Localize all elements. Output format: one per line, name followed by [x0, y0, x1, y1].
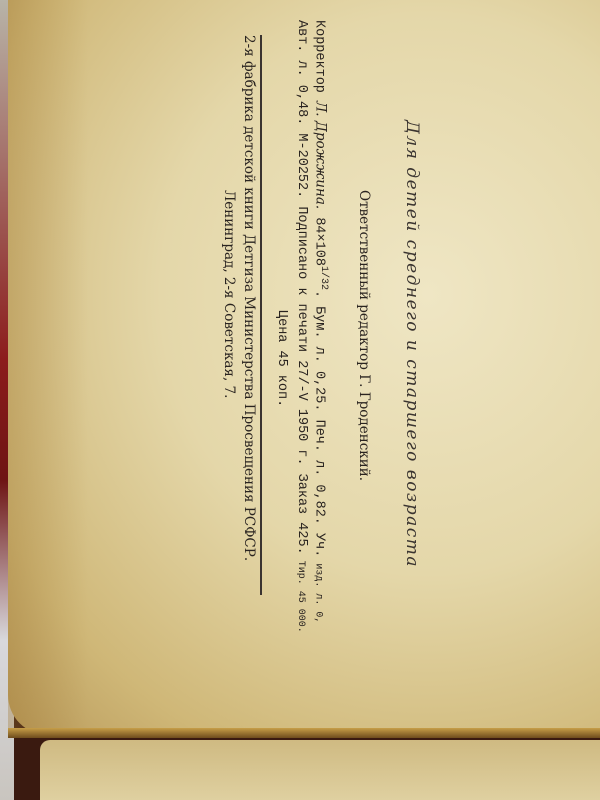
print-run: Тир. 45 000.	[295, 555, 306, 633]
price: Цена 45 коп.	[274, 310, 289, 407]
format: 84×108	[312, 209, 327, 266]
divider-rule	[261, 35, 263, 595]
rotated-text-block: Для детей среднего и старшего возраста О…	[0, 0, 600, 800]
imprint-line-1: Корректор Л. Дрожжина. 84×1081/32. Бум. …	[312, 20, 330, 623]
signing-info: Авт. л. 0,48. М-20252. Подписано к печат…	[294, 20, 309, 555]
responsible-editor: Ответственный редактор Г. Гроденский.	[356, 190, 372, 481]
proofreader-label: Корректор	[312, 20, 327, 101]
sheet-info: . Бум. л. 0,25. Печ. л. 0,82. Уч.	[312, 290, 327, 557]
printer-address: Ленинград, 2-я Советская, 7.	[221, 190, 237, 398]
printer-line-1: 2-я фабрика детской книги Детгиза Минист…	[241, 35, 257, 561]
format-fraction: 1/32	[318, 266, 329, 290]
edition-sheets: изд. л. 0,	[313, 557, 324, 623]
imprint-line-2: Авт. л. 0,48. М-20252. Подписано к печат…	[294, 20, 309, 633]
proofreader-name: Л. Дрожжина.	[313, 101, 329, 209]
audience-heading: Для детей среднего и старшего возраста	[402, 120, 422, 568]
